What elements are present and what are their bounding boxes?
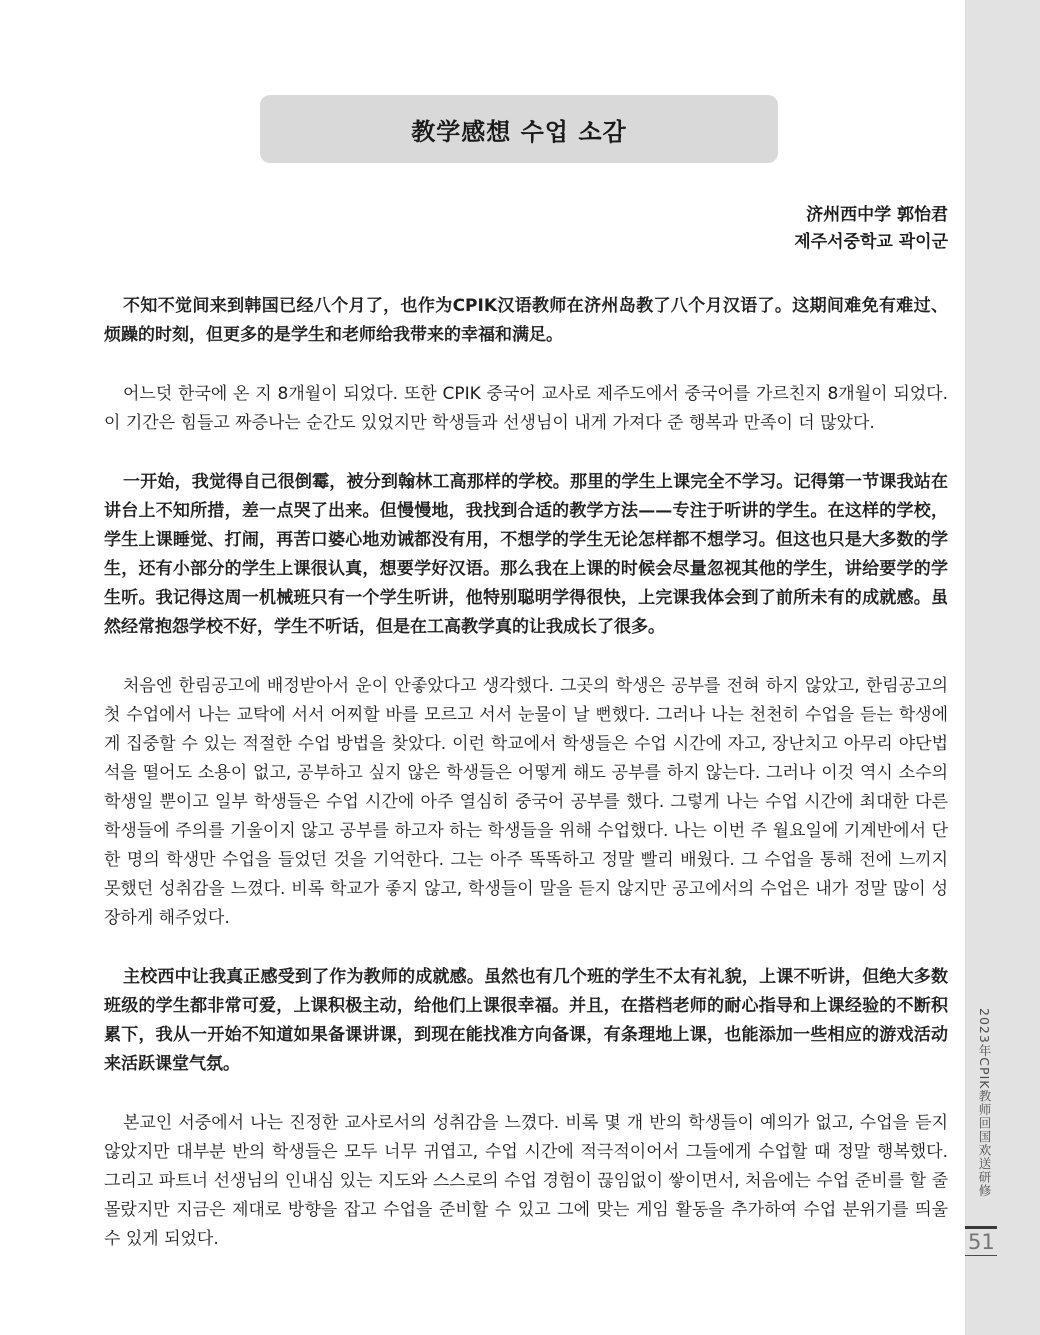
- page-number-rule-bottom: [965, 1255, 997, 1256]
- paragraph-chinese-3: 主校西中让我真正感受到了作为教师的成就感。虽然也有几个班的学生不太有礼貌，上课不…: [104, 963, 948, 1079]
- edition-label: 2023年CPIK教师回国欢送研修: [975, 1008, 993, 1197]
- paragraph-korean-1: 어느덧 한국에 온 지 8개월이 되었다. 또한 CPIK 중국어 교사로 제주…: [104, 380, 948, 438]
- page-margin-sidebar: 2023年CPIK教师回国欢送研修 51: [965, 0, 1040, 1335]
- title-banner: 教学感想 수업 소감: [260, 95, 778, 163]
- paragraph-korean-3: 본교인 서중에서 나는 진정한 교사로서의 성취감을 느꼈다. 비록 몇 개 반…: [104, 1109, 948, 1254]
- author-name-korean: 제주서중학교 곽이군: [794, 229, 948, 256]
- author-block: 济州西中学 郭怡君 제주서중학교 곽이군: [794, 202, 948, 256]
- paragraph-chinese-2: 一开始，我觉得自己很倒霉，被分到翰林工高那样的学校。那里的学生上课完全不学习。记…: [104, 468, 948, 642]
- author-name-chinese: 济州西中学 郭怡君: [794, 202, 948, 229]
- paragraph-korean-2: 처음엔 한림공고에 배정받아서 운이 안좋았다고 생각했다. 그곳의 학생은 공…: [104, 672, 948, 933]
- page-number-block: 51: [965, 1226, 997, 1256]
- page-title: 教学感想 수업 소감: [411, 112, 626, 147]
- document-page: 教学感想 수업 소감 济州西中学 郭怡君 제주서중학교 곽이군 不知不觉间来到韩…: [0, 0, 1040, 1335]
- page-number: 51: [965, 1229, 997, 1255]
- paragraph-chinese-1: 不知不觉间来到韩国已经八个月了，也作为CPIK汉语教师在济州岛教了八个月汉语了。…: [104, 292, 948, 350]
- article-body: 不知不觉间来到韩国已经八个月了，也作为CPIK汉语教师在济州岛教了八个月汉语了。…: [104, 292, 948, 1284]
